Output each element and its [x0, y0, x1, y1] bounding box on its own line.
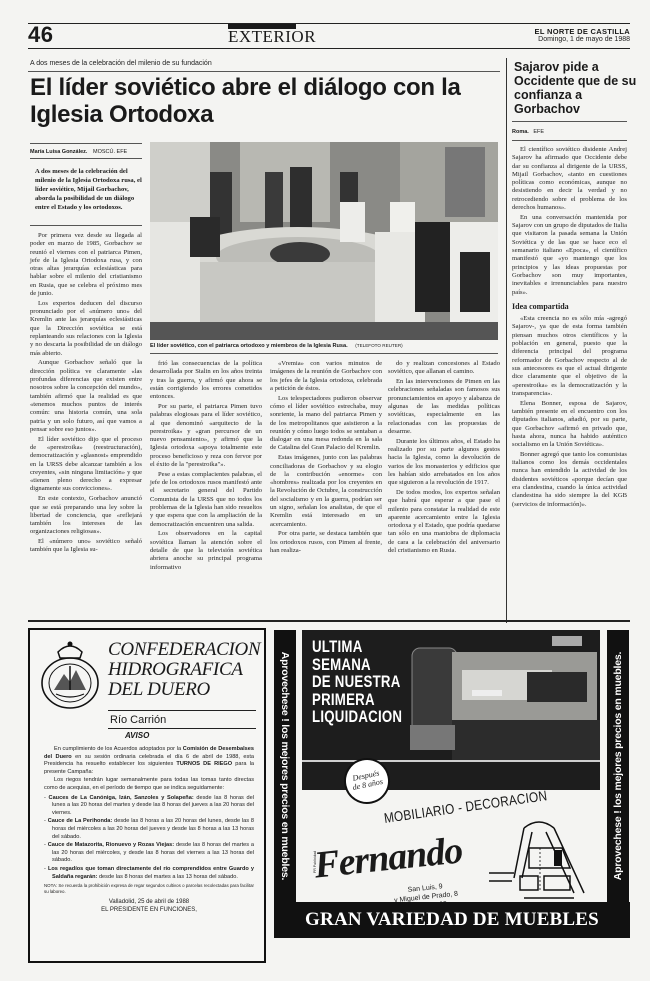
side-byline-agency: EFE [533, 129, 544, 135]
paragraph: Estas imágenes, junto con las palabras c… [270, 454, 382, 529]
text: En cumplimiento de los Acuerdos adoptado… [54, 746, 183, 752]
ad-note: NOTA: Se recuerda la prohibición expresa… [44, 883, 254, 894]
location-map-icon [484, 818, 600, 904]
paragraph: Los observadores en la capital soviética… [150, 530, 262, 571]
ad-para: Los riegos tendrán lugar semanalmente pa… [44, 777, 254, 792]
ad-fernando-furniture: Aprovechese ! los mejores precios en mue… [274, 630, 630, 947]
newspaper-name: EL NORTE DE CASTILLA [535, 27, 630, 36]
article-column-3: «Vremia» con varios minutos de imágenes … [270, 360, 382, 557]
article-column-2: frió las consecuencias de la política de… [150, 360, 262, 573]
photo-caption: El líder soviético, con el patriarca ort… [150, 343, 498, 349]
item-title: Cauce de La Perihonda: [48, 818, 113, 824]
ad-title-line: DEL DUERO [108, 680, 260, 700]
paragraph: Durante los últimos años, el Estado ha r… [388, 438, 500, 488]
paragraph: frió las consecuencias de la política de… [150, 360, 262, 401]
item-title: Cauce de Matazorita, Rionuevo y Rozas Vi… [48, 842, 174, 848]
paragraph: do y realizan concesiones al Estado sovi… [388, 360, 500, 377]
kicker-rule [28, 71, 500, 72]
paragraph: En este contexto, Gorbachov anunció que … [30, 495, 142, 536]
ad-body: En cumplimiento de los Acuerdos adoptado… [44, 746, 254, 914]
paragraph: Bonner agregó que tanto los comunistas i… [512, 451, 627, 509]
article-kicker: A dos meses de la celebración del mileni… [30, 60, 212, 67]
agency-credit: PR Publicidad [313, 851, 317, 873]
ad-side-strip-right: Aprovechese ! los mejores precios en mue… [607, 630, 629, 902]
side-byline-place: Roma. [512, 129, 529, 135]
signature-title: EL PRESIDENTE EN FUNCIONES, [44, 906, 254, 914]
paragraph: Por su parte, el patriarca Pimen tuvo pa… [150, 403, 262, 469]
side-byline: Roma. EFE [512, 129, 544, 135]
lead-rule [30, 225, 142, 226]
side-subhead: Idea compartida [512, 303, 627, 311]
article-headline: El líder soviético abre el diálogo con l… [30, 74, 500, 128]
header-top-rule [28, 23, 630, 24]
caption-rule [150, 353, 498, 354]
ad-schedule-list: - Cauces de La Canóniga, Izán, Sanzoles … [44, 795, 254, 882]
paragraph: De todos modos, los expertos señalan que… [388, 489, 500, 555]
photo-credit: (TELEFOTO REUTER) [355, 343, 402, 348]
text-bold: TURNOS DE RIEGO [176, 761, 232, 767]
signature-date: Valladolid, 25 de abril de 1988 [44, 898, 254, 906]
paragraph: El líder soviético dijo que el proceso d… [30, 436, 142, 494]
issue-date: Domingo, 1 de mayo de 1988 [538, 36, 630, 43]
item-text: desde las 8 horas del martes a las 13 ho… [97, 874, 238, 880]
paragraph: El «número uno» soviético señaló también… [30, 538, 142, 555]
paragraph: Los telespectadores pudieron observar có… [270, 395, 382, 453]
byline-bottom-rule [30, 158, 142, 159]
article-column-4: do y realizan concesiones al Estado sovi… [388, 360, 500, 557]
byline-top-rule [30, 143, 142, 144]
side-article-headline: Sajarov pide a Occidente que de su confi… [514, 60, 646, 116]
article-column-1: Por primera vez desde su llegada al pode… [30, 232, 142, 556]
paragraph: Por otra parte, se destaca también que l… [270, 530, 382, 555]
byline-place: MOSCÚ. EFE [93, 149, 127, 155]
headline-line: SEMANA [312, 656, 402, 674]
section-title: EXTERIOR [228, 27, 316, 47]
ad-title-rule [108, 710, 256, 711]
paragraph: Aunque Gorbachov señaló que la dirección… [30, 359, 142, 434]
article-byline: María Luisa González. MOSCÚ. EFE [30, 149, 127, 155]
ad-river-rule [108, 728, 256, 729]
list-item: - Cauce de La Perihonda: desde las 8 hor… [44, 818, 254, 841]
ad-title: CONFEDERACION HIDROGRAFICA DEL DUERO [108, 640, 260, 700]
paragraph: Los expertos deducen del discurso pronun… [30, 300, 142, 358]
ad-headline: ULTIMA SEMANA DE NUESTRA PRIMERA LIQUIDA… [312, 638, 402, 726]
ad-intro: En cumplimiento de los Acuerdos adoptado… [44, 746, 254, 776]
side-byline-rule [512, 140, 627, 141]
page-number: 46 [28, 22, 53, 48]
brand-logo: Fernando [312, 828, 464, 887]
side-slogan: Aprovechese ! los mejores precios en mue… [612, 652, 624, 881]
byline-author: María Luisa González. [30, 149, 87, 155]
ad-side-strip-left: Aprovechese ! los mejores precios en mue… [274, 630, 296, 902]
headline-line: ULTIMA [312, 638, 402, 656]
headline-line: PRIMERA [312, 691, 402, 709]
paragraph: Elena Bonner, esposa de Sajarov, también… [512, 400, 627, 450]
side-column-divider [506, 58, 507, 623]
side-slogan: Aprovechese ! los mejores precios en mue… [279, 652, 291, 881]
side-headline-rule [512, 121, 627, 122]
article-end-rule [28, 620, 630, 622]
paragraph: «Vremia» con varios minutos de imágenes … [270, 360, 382, 393]
ad-title-line: CONFEDERACION [108, 640, 260, 660]
list-item: - Los regadíos que toman directamente de… [44, 866, 254, 881]
side-article-body: El científico soviético disidente Andrej… [512, 146, 627, 510]
paragraph: En las intervenciones de Pimen en las ce… [388, 378, 500, 436]
paragraph: Por primera vez desde su llegada al pode… [30, 232, 142, 298]
ad-river: Río Carrión [110, 714, 166, 726]
meeting-photo-illustration [150, 142, 498, 340]
ad-signature: Valladolid, 25 de abril de 1988 EL PRESI… [44, 898, 254, 914]
list-item: - Cauce de Matazorita, Rionuevo y Rozas … [44, 842, 254, 865]
furniture-photo: ULTIMA SEMANA DE NUESTRA PRIMERA LIQUIDA… [302, 630, 600, 790]
headline-line: DE NUESTRA [312, 673, 402, 691]
paragraph: Pese a estas complacientes palabras, el … [150, 471, 262, 529]
ad-notice-label: AVISO [125, 731, 149, 740]
item-title: Cauces de La Canóniga, Izán, Sanzoles y … [49, 795, 194, 801]
header-bottom-rule [28, 48, 630, 49]
ad-confederacion-hidrografica: CONFEDERACION HIDROGRAFICA DEL DUERO Río… [28, 628, 266, 963]
coat-of-arms-icon [38, 638, 102, 712]
article-lead: A dos meses de la celebración del mileni… [35, 167, 143, 212]
list-item: - Cauces de La Canóniga, Izán, Sanzoles … [44, 795, 254, 818]
caption-text: El líder soviético, con el patriarca ort… [150, 343, 348, 349]
ad-title-line: HIDROGRAFICA [108, 660, 260, 680]
paragraph: «Esta creencia no es sólo mía -agregó Sa… [512, 315, 627, 398]
article-photo [150, 142, 498, 340]
ad-banner: GRAN VARIEDAD DE MUEBLES [274, 902, 630, 938]
paragraph: El científico soviético disidente Andrej… [512, 146, 627, 212]
paragraph: En una conversación mantenida por Sajaro… [512, 214, 627, 297]
headline-line: LIQUIDACION [312, 708, 402, 726]
